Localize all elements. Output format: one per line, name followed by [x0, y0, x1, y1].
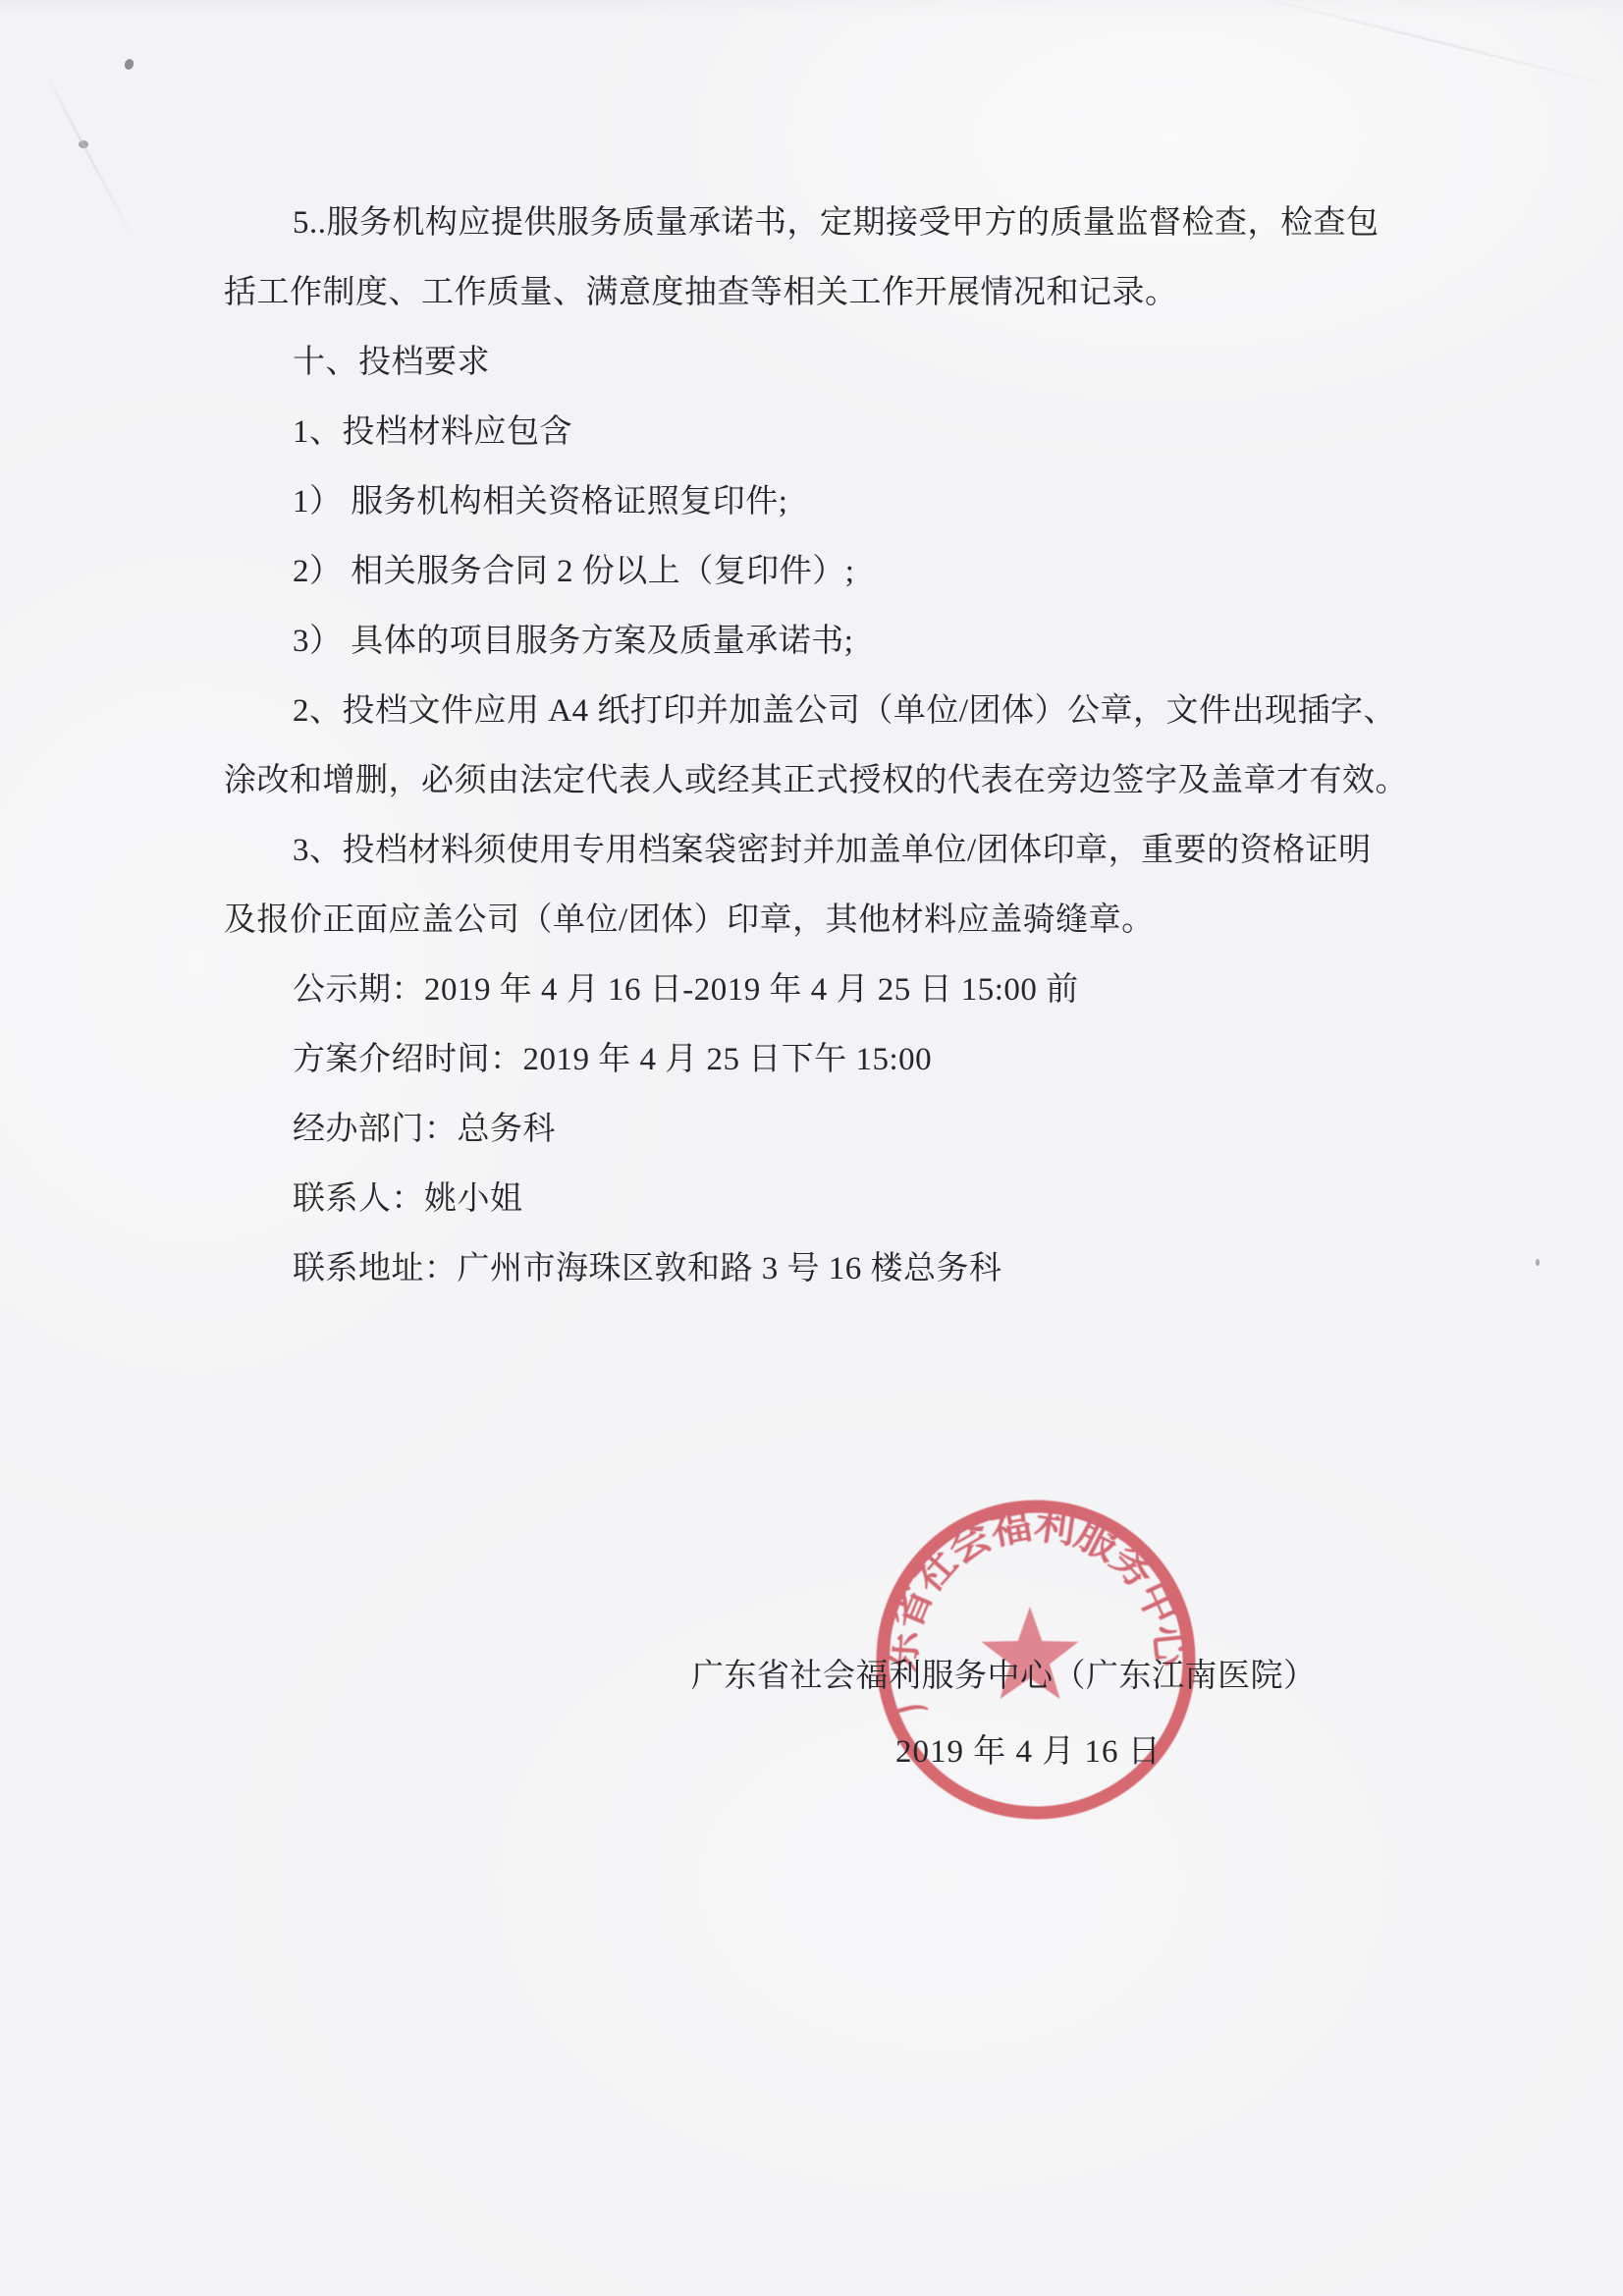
scan-speck: [1536, 1259, 1540, 1266]
scan-speck: [79, 140, 88, 148]
document-line: 3、投档材料须使用专用档案袋密封并加盖单位/团体印章，重要的资格证明: [224, 816, 1397, 886]
document-line: 联系人：姚小姐: [224, 1165, 1397, 1234]
document-line: 1） 服务机构相关资格证照复印件;: [224, 467, 1397, 537]
signature-date: 2019 年 4 月 16 日: [895, 1725, 1162, 1772]
document-line: 涂改和增删，必须由法定代表人或经其正式授权的代表在旁边签字及盖章才有效。: [224, 746, 1397, 816]
document-line: 2、投档文件应用 A4 纸打印并加盖公司（单位/团体）公章，文件出现插字、: [224, 677, 1397, 746]
document-line: 联系地址：广州市海珠区敦和路 3 号 16 楼总务科: [224, 1234, 1397, 1304]
document-line: 十、投档要求: [224, 328, 1397, 398]
document-line: 3） 具体的项目服务方案及质量承诺书;: [224, 607, 1397, 677]
document-line: 方案介绍时间：2019 年 4 月 25 日下午 15:00: [224, 1025, 1397, 1095]
paper-crease: [1233, 0, 1623, 92]
document-line: 及报价正面应盖公司（单位/团体）印章，其他材料应盖骑缝章。: [224, 886, 1397, 956]
document-line: 5..服务机构应提供服务质量承诺书，定期接受甲方的质量监督检查，检查包: [224, 189, 1397, 258]
scanned-page: 广东省社会福利服务中心 5..服务机构应提供服务质量承诺书，定期接受甲方的质量监…: [0, 0, 1623, 2296]
document-line: 1、投档材料应包含: [224, 398, 1397, 467]
signature-org: 广东省社会福利服务中心（广东江南医院）: [691, 1650, 1317, 1696]
document-line: 公示期：2019 年 4 月 16 日-2019 年 4 月 25 日 15:0…: [224, 956, 1397, 1025]
paper-crease: [42, 70, 137, 245]
document-line: 2） 相关服务合同 2 份以上（复印件）;: [224, 537, 1397, 607]
document-line: 经办部门：总务科: [224, 1095, 1397, 1165]
document-body: 5..服务机构应提供服务质量承诺书，定期接受甲方的质量监督检查，检查包括工作制度…: [224, 189, 1397, 1304]
document-line: 括工作制度、工作质量、满意度抽查等相关工作开展情况和记录。: [224, 258, 1397, 328]
scan-speck: [123, 58, 135, 71]
